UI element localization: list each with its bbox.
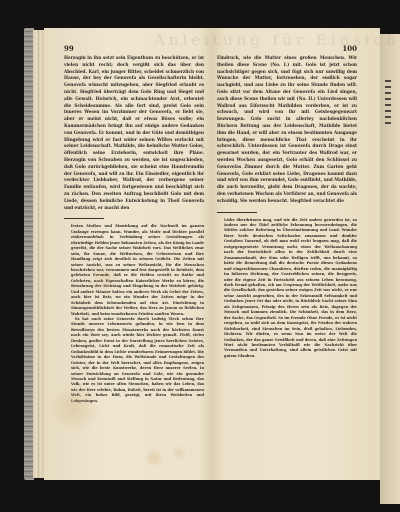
footnote-rule-right xyxy=(217,212,257,213)
right-page-body: Eindruck, wie die Mutter eines großen Me… xyxy=(217,56,357,206)
right-page: 100 Eindruck, wie die Mutter eines große… xyxy=(217,44,357,359)
page-number-right: 100 xyxy=(217,44,357,56)
left-page: 99 Herzogin in ihn setzt sein Eigenthum … xyxy=(64,44,204,404)
left-page-body: Herzogin in ihn setzt sein Eigenthum zu … xyxy=(64,56,204,212)
footnote-paragraph: Liebe überdrüssen mag, und wie die Zeit … xyxy=(224,218,357,360)
footnote-paragraph: Es hat auch seine Genovefa durch Ludwig … xyxy=(71,317,204,404)
footnote-paragraph: festen Muthes und Einwirkung auf die Nac… xyxy=(71,224,204,317)
page-spread: Anleitung für Einsicht 99 Herzogin in ih… xyxy=(44,28,380,480)
adjacent-page-text-marks xyxy=(385,80,391,124)
book-spread: Anleitung für Einsicht 99 Herzogin in ih… xyxy=(24,28,400,480)
adjacent-page-edge xyxy=(380,34,400,504)
page-number-left: 99 xyxy=(64,44,204,56)
footnote-rule-left xyxy=(64,218,104,219)
right-page-footnote: Liebe überdrüssen mag, und wie die Zeit … xyxy=(217,218,357,360)
left-page-footnote: festen Muthes und Einwirkung auf die Nac… xyxy=(64,224,204,404)
